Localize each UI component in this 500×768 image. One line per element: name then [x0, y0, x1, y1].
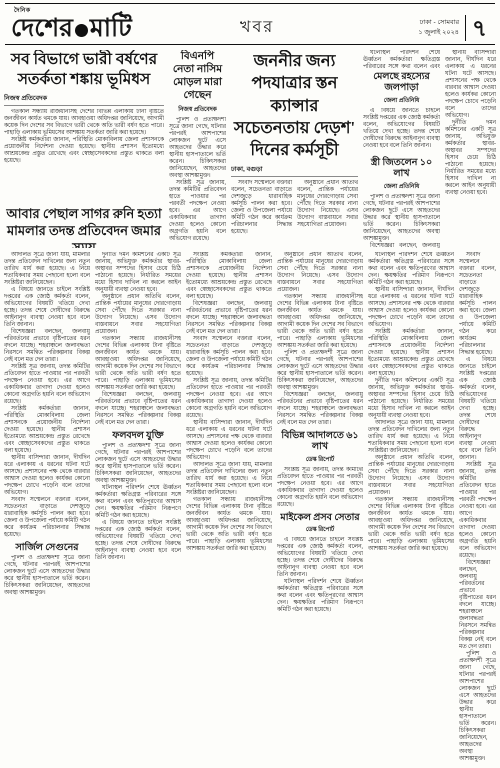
body-bnp-leader: পুলিশ ও প্রত্যক্ষদর্শী সূত্রে জানা গেছে,…	[169, 117, 226, 243]
paragraph: বিশেষজ্ঞরা বলছেন, জলবায়ু পরিবর্তনের প্র…	[363, 243, 440, 248]
byline-jalpara: জেলা প্রতিনিধি	[363, 96, 440, 106]
subhead-michael: মাইকেল প্রসব সেতার	[277, 513, 363, 524]
column-e: স্থানীয় বাসিন্দারা জানান, দীর্ঘদিন ধরে …	[445, 50, 496, 248]
paragraph: সংবাদ সম্মেলনে বক্তারা বলেন, সচেতনতা বাড…	[186, 336, 272, 378]
date-lines: ঢাকা - সোমবার ১ জুলাই ২০২৪	[418, 18, 459, 39]
paragraph: অনুষ্ঠানে প্রধান অতিথি বলেন, প্রান্তিক প…	[368, 455, 454, 497]
bottom-col6-text: সংবাদ সম্মেলনে বক্তারা বলেন, সচেতনতা বাড…	[459, 252, 496, 766]
bottom-column-1: আদালত সূত্রে জানা যায়, মামলার তদন্ত প্র…	[4, 252, 90, 766]
byline-padajatra: ঢাকা, বগুড়া	[231, 164, 358, 177]
column-d: ঘটনাস্থল পরিদর্শন শেষে ঊর্ধ্বতন কর্মকর্ত…	[363, 50, 440, 248]
bottom-col2-text-top: দুর্নীতি দমন কমিশনের একটি সূত্র জানায়, …	[95, 252, 181, 427]
bottom-col2-text-bottom: পুলিশ ও প্রত্যক্ষদর্শী সূত্রে জানা গেছে,…	[95, 443, 181, 562]
paragraph: এ বিষয়ে জানতে চাইলে সংশ্লিষ্ট দপ্তরের এ…	[459, 357, 496, 462]
paragraph: পুলিশ ও প্রত্যক্ষদর্শী সূত্রে জানা গেছে,…	[277, 350, 363, 392]
paragraph: ঘটনাস্থল পরিদর্শন শেষে ঊর্ধ্বতন কর্মকর্ত…	[95, 485, 181, 520]
page-number-divider	[465, 15, 466, 41]
subhead-lottery: স্ত্রী জিতলেন ১০ লাখ	[363, 158, 440, 181]
subhead-jalpara: মেলছে রহস্যের জলপাড়া	[363, 72, 440, 95]
daily-label: দৈনিক	[14, 8, 31, 14]
paragraph: সংশ্লিষ্ট কর্মকর্তারা জানান, পরিস্থিতি ম…	[4, 406, 90, 455]
body-padajatra: সংবাদ সম্মেলনে বক্তারা বলেন, সচেতনতা বাড…	[231, 180, 358, 248]
body-flood: গতকাল সন্ধ্যায় রাজধানীসহ দেশের বিভিন্ন …	[4, 109, 164, 201]
headline-sagar-runi: আবার পেছাল সাগর রুনি হত্যা মামলার তদন্ত …	[4, 206, 164, 248]
bottom-column-2: দুর্নীতি দমন কমিশনের একটি সূত্র জানায়, …	[95, 252, 181, 766]
paragraph: দুর্নীতি দমন কমিশনের একটি সূত্র জানায়, …	[95, 252, 181, 294]
paragraph: ঘটনাস্থল পরিদর্শন শেষে ঊর্ধ্বতন কর্মকর্ত…	[363, 50, 440, 68]
paragraph: সংশ্লিষ্ট কর্মকর্তারা জানান, পরিস্থিতি ম…	[186, 252, 272, 301]
story-padajatra: জননীর জন্য পদযাত্রার স্তন ক্যান্সার সচেত…	[231, 50, 358, 248]
paragraph: গতকাল সন্ধ্যায় রাজধানীসহ দেশের বিভিন্ন …	[186, 497, 272, 553]
paragraph: সংবাদ সম্মেলনে বক্তারা বলেন, সচেতনতা বাড…	[4, 497, 90, 539]
byline-flood: নিজস্ব প্রতিবেদক	[4, 93, 164, 106]
paragraph: পুলিশ ও প্রত্যক্ষদর্শী সূত্রে জানা গেছে,…	[95, 443, 181, 485]
paragraph: আদালত সূত্রে জানা যায়, মামলার তদন্ত প্র…	[186, 462, 272, 497]
bottom-col4-text-mid: সংশ্লিষ্ট সূত্র জানায়, তদন্ত কমিটির প্র…	[277, 467, 363, 509]
subhead-folbodol: ফলবদল যুক্তি	[95, 431, 181, 442]
paragraph: দুর্নীতি দমন কমিশনের একটি সূত্র জানায়, …	[445, 120, 496, 197]
section-title: খবর	[240, 14, 274, 41]
headline-padajatra: জননীর জন্য পদযাত্রার স্তন ক্যান্সার সচেত…	[231, 50, 358, 161]
paragraph: এ বিষয়ে জানতে চাইলে সংশ্লিষ্ট দপ্তরের এ…	[363, 108, 440, 150]
paragraph: স্থানীয় বাসিন্দারা জানান, দীর্ঘদিন ধরে …	[368, 287, 454, 329]
paragraph: সংশ্লিষ্ট কর্মকর্তারা জানান, পরিস্থিতি ম…	[368, 329, 454, 378]
bottom-column-6: সংবাদ সম্মেলনে বক্তারা বলেন, সচেতনতা বাড…	[459, 252, 496, 766]
bottom-column-3: সংশ্লিষ্ট কর্মকর্তারা জানান, পরিস্থিতি ম…	[186, 252, 272, 766]
globe-icon	[75, 24, 88, 37]
paragraph: সংশ্লিষ্ট সূত্র জানায়, তদন্ত কমিটির প্র…	[4, 364, 90, 406]
logo-text-right: মাটি	[90, 15, 132, 42]
byline-courts: ডেস্ক রিপোর্ট	[277, 455, 363, 465]
bottom-text-band: আদালত সূত্রে জানা যায়, মামলার তদন্ত প্র…	[3, 248, 497, 766]
paragraph: গতকাল সন্ধ্যায় রাজধানীসহ দেশের বিভিন্ন …	[95, 336, 181, 392]
paragraph: গতকাল সন্ধ্যায় রাজধানীসহ দেশের বিভিন্ন …	[4, 109, 164, 137]
subhead-courts: বিভিন্ন আদালতে ৬১ লাখ	[277, 431, 363, 454]
paragraph: এ বিষয়ে জানতে চাইলে সংশ্লিষ্ট দপ্তরের এ…	[4, 287, 90, 329]
bottom-col5-text: ঘটনাস্থল পরিদর্শন শেষে ঊর্ধ্বতন কর্মকর্ত…	[368, 252, 454, 766]
bottom-col4-text-bottom: এ বিষয়ে জানতে চাইলে সংশ্লিষ্ট দপ্তরের এ…	[277, 537, 363, 614]
page-number: ৭	[472, 17, 489, 40]
body-lottery: পুলিশ ও প্রত্যক্ষদর্শী সূত্রে জানা গেছে,…	[363, 194, 440, 248]
bottom-col1-text-top: আদালত সূত্রে জানা যায়, মামলার তদন্ত প্র…	[4, 252, 90, 539]
paragraph: সংশ্লিষ্ট সূত্র জানায়, তদন্ত কমিটির প্র…	[277, 467, 363, 509]
paragraph: স্থানীয় বাসিন্দারা জানান, দীর্ঘদিন ধরে …	[186, 420, 272, 462]
bottom-col3-text: সংশ্লিষ্ট কর্মকর্তারা জানান, পরিস্থিতি ম…	[186, 252, 272, 766]
paragraph: সংবাদ সম্মেলনে বক্তারা বলেন, সচেতনতা বাড…	[231, 180, 292, 236]
paragraph: বিশেষজ্ঞরা বলছেন, জলবায়ু পরিবর্তনের প্র…	[186, 301, 272, 336]
byline-michael: ডেস্ক রিপোর্ট	[277, 525, 363, 535]
top-story-band: সব বিভাগে ভারী বর্ষণের সতর্কতা শঙ্কায় ভ…	[3, 45, 497, 248]
paragraph: গতকাল সন্ধ্যায় রাজধানীসহ দেশের বিভিন্ন …	[368, 497, 454, 553]
byline-bnp-leader: নিজস্ব প্রতিবেদক	[169, 105, 226, 115]
paragraph: পুলিশ ও প্রত্যক্ষদর্শী সূত্রে জানা গেছে,…	[363, 194, 440, 243]
paragraph: আদালত সূত্রে জানা যায়, মামলার তদন্ত প্র…	[4, 252, 90, 287]
bottom-col4-text-top: অনুষ্ঠানে প্রধান অতিথি বলেন, প্রান্তিক প…	[277, 252, 363, 427]
newspaper-logo: দৈনিক দেশেরমাটি	[11, 16, 132, 41]
paragraph: সংশ্লিষ্ট কর্মকর্তারা জানান, পরিস্থিতি ম…	[4, 137, 164, 165]
body-jalpara: এ বিষয়ে জানতে চাইলে সংশ্লিষ্ট দপ্তরের এ…	[363, 108, 440, 154]
newspaper-page: দৈনিক দেশেরমাটি খবর ঢাকা - সোমবার ১ জুলা…	[0, 0, 500, 768]
paragraph: বিশেষজ্ঞরা বলছেন, জলবায়ু পরিবর্তনের প্র…	[4, 329, 90, 364]
paragraph: সংশ্লিষ্ট সূত্র জানায়, তদন্ত কমিটির প্র…	[186, 378, 272, 420]
paragraph: এ বিষয়ে জানতে চাইলে সংশ্লিষ্ট দপ্তরের এ…	[277, 537, 363, 579]
headline-bnp-leader: বিএনপি নেতা নাসিম মোড়ল মারা গেছেন	[169, 50, 226, 103]
date-city-day: ঢাকা - সোমবার	[418, 18, 459, 28]
bottom-col1-text-bottom: পুলিশ ও প্রত্যক্ষদর্শী সূত্রে জানা গেছে,…	[4, 555, 90, 597]
paragraph: বিশেষজ্ঞরা বলছেন, জলবায়ু পরিবর্তনের প্র…	[459, 560, 496, 651]
bottom-column-5: ঘটনাস্থল পরিদর্শন শেষে ঊর্ধ্বতন কর্মকর্ত…	[368, 252, 454, 766]
paragraph: ঘটনাস্থল পরিদর্শন শেষে ঊর্ধ্বতন কর্মকর্ত…	[368, 252, 454, 287]
byline-lottery: জেলা প্রতিনিধি	[363, 182, 440, 192]
paragraph: সংবাদ সম্মেলনে বক্তারা বলেন, সচেতনতা বাড…	[459, 252, 496, 357]
paragraph: দুর্নীতি দমন কমিশনের একটি সূত্র জানায়, …	[368, 378, 454, 420]
date-page-block: ঢাকা - সোমবার ১ জুলাই ২০২৪ ৭	[418, 15, 489, 41]
paragraph: বিশেষজ্ঞরা বলছেন, জলবায়ু পরিবর্তনের প্র…	[95, 392, 181, 427]
subhead-sarjil: সার্জিল সেগুনের	[4, 543, 90, 554]
paragraph: গতকাল সন্ধ্যায় রাজধানীসহ দেশের বিভিন্ন …	[277, 294, 363, 350]
logo-text-left: দেশের	[11, 15, 73, 42]
body-column-d-intro: ঘটনাস্থল পরিদর্শন শেষে ঊর্ধ্বতন কর্মকর্ত…	[363, 50, 440, 68]
headline-flood: সব বিভাগে ভারী বর্ষণের সতর্কতা শঙ্কায় ভ…	[4, 50, 164, 90]
paragraph: সংশ্লিষ্ট সূত্র জানায়, তদন্ত কমিটির প্র…	[169, 180, 226, 243]
paragraph: অনুষ্ঠানে প্রধান অতিথি বলেন, প্রান্তিক প…	[95, 294, 181, 336]
date-full: ১ জুলাই ২০২৪	[418, 28, 459, 38]
paragraph: অনুষ্ঠানে প্রধান অতিথি বলেন, প্রান্তিক প…	[277, 252, 363, 294]
paragraph: পুলিশ ও প্রত্যক্ষদর্শী সূত্রে জানা গেছে,…	[169, 117, 226, 180]
paragraph: অনুষ্ঠানে প্রধান অতিথি বলেন, প্রান্তিক প…	[297, 180, 358, 229]
body-column-e: স্থানীয় বাসিন্দারা জানান, দীর্ঘদিন ধরে …	[445, 50, 496, 248]
paragraph: স্থানীয় বাসিন্দারা জানান, দীর্ঘদিন ধরে …	[4, 455, 90, 497]
paragraph: ঘটনাস্থল পরিদর্শন শেষে ঊর্ধ্বতন কর্মকর্ত…	[277, 579, 363, 614]
paragraph: পুলিশ ও প্রত্যক্ষদর্শী সূত্রে জানা গেছে,…	[4, 555, 90, 597]
story-flood: সব বিভাগে ভারী বর্ষণের সতর্কতা শঙ্কায় ভ…	[4, 50, 164, 248]
paragraph: সংশ্লিষ্ট সূত্র জানায়, তদন্ত কমিটির প্র…	[459, 462, 496, 560]
paragraph: স্থানীয় বাসিন্দারা জানান, দীর্ঘদিন ধরে …	[445, 50, 496, 120]
bottom-column-4: অনুষ্ঠানে প্রধান অতিথি বলেন, প্রান্তিক প…	[277, 252, 363, 766]
story-bnp-leader: বিএনপি নেতা নাসিম মোড়ল মারা গেছেন নিজস্…	[169, 50, 226, 248]
paragraph: পুলিশ ও প্রত্যক্ষদর্শী সূত্রে জানা গেছে,…	[459, 651, 496, 763]
paragraph: এ বিষয়ে জানতে চাইলে সংশ্লিষ্ট দপ্তরের এ…	[95, 520, 181, 562]
paragraph: বিশেষজ্ঞরা বলছেন, জলবায়ু পরিবর্তনের প্র…	[277, 392, 363, 427]
masthead: দৈনিক দেশেরমাটি খবর ঢাকা - সোমবার ১ জুলা…	[3, 4, 497, 44]
paragraph: আদালত সূত্রে জানা যায়, মামলার তদন্ত প্র…	[368, 420, 454, 455]
